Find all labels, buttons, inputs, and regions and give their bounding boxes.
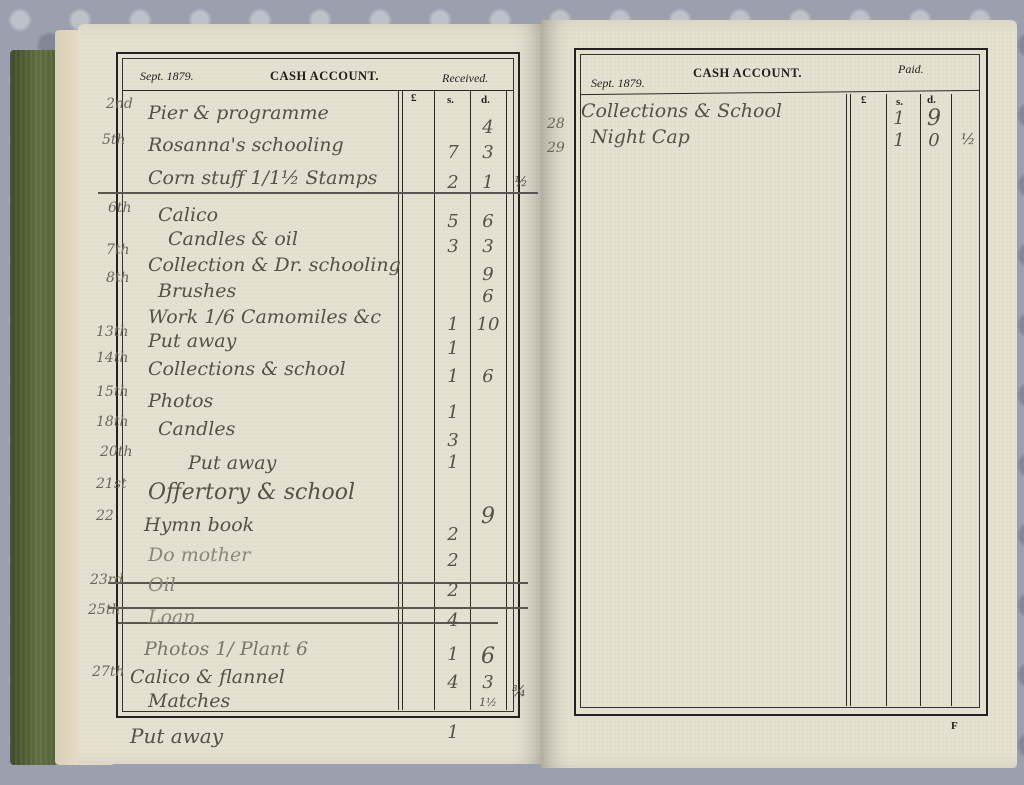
left-header-side: Received. <box>442 71 488 86</box>
entry-pence: 4 <box>475 117 501 138</box>
entry-description: Brushes <box>158 280 236 302</box>
entry-date: 2nd <box>106 96 133 112</box>
left-col-line <box>402 90 403 710</box>
entry-date: 13th <box>96 324 128 340</box>
entry-pence: 3 <box>475 672 501 693</box>
entry-date: 21st <box>96 476 127 492</box>
entry-shillings: 1 <box>440 338 466 359</box>
left-col-line <box>506 90 507 710</box>
entry-pence: 0 <box>921 130 947 151</box>
page-signature-mark: F <box>951 720 958 732</box>
entry-date: 23rd <box>90 572 123 588</box>
left-header-date: Sept. 1879. <box>140 69 194 84</box>
entry-description: Collection & Dr. schooling <box>148 254 401 276</box>
entry-description: Put away <box>188 452 276 474</box>
entry-description: Calico & flannel <box>130 666 285 688</box>
col-shillings: s. <box>896 96 903 108</box>
entry-shillings: 3 <box>440 236 466 257</box>
entry-description: Oil <box>148 574 176 596</box>
entry-shillings: 1 <box>440 314 466 335</box>
entry-date: 18th <box>96 414 128 430</box>
entry-description: Photos <box>148 390 213 412</box>
right-header-title: CASH ACCOUNT. <box>693 66 802 81</box>
col-pounds: £ <box>411 92 417 104</box>
entry-shillings: 4 <box>440 672 466 693</box>
entry-pence: 10 <box>475 314 501 335</box>
entry-fraction: ½ <box>508 174 534 190</box>
entry-shillings: 1 <box>440 366 466 387</box>
entry-pence: 9 <box>475 504 501 529</box>
right-col-line <box>850 94 851 706</box>
right-col-line <box>846 94 847 706</box>
entry-description: Photos 1/ Plant 6 <box>144 638 308 660</box>
entry-description: Calico <box>158 204 218 226</box>
entry-description: Collections & School <box>581 100 782 122</box>
entry-fraction: ½ <box>955 130 981 148</box>
section-rule <box>98 192 538 194</box>
entry-date: 28 <box>547 116 565 132</box>
left-header-title: CASH ACCOUNT. <box>270 69 379 84</box>
entry-date: 22 <box>96 508 114 524</box>
right-header-side: Paid. <box>898 62 924 77</box>
entry-pence: 6 <box>475 644 501 669</box>
entry-description: Collections & school <box>148 358 346 380</box>
entry-shillings: 1 <box>440 402 466 423</box>
entry-pence: 6 <box>475 211 501 232</box>
entry-description: Pier & programme <box>148 102 329 124</box>
entry-description: Loan <box>148 606 196 628</box>
right-col-line <box>920 94 921 706</box>
entry-pence: 9 <box>475 264 501 285</box>
entry-description: Matches <box>148 690 230 712</box>
entry-shillings: 3 <box>440 430 466 451</box>
entry-shillings: 1 <box>886 108 912 129</box>
right-page: Sept. 1879. CASH ACCOUNT. Paid. £ s. d. … <box>541 20 1017 768</box>
entry-description: Do mother <box>148 544 250 566</box>
entry-date: 27th <box>92 664 124 680</box>
footer-shillings: 1 <box>440 722 466 743</box>
entry-description: Candles <box>158 418 235 440</box>
entry-pence: 1½ <box>475 696 501 709</box>
entry-date: 5th <box>102 132 126 148</box>
col-pence: d. <box>481 94 490 106</box>
entry-date: 7th <box>106 242 130 258</box>
entry-date: 6th <box>108 200 132 216</box>
left-col-line <box>398 90 399 710</box>
entry-shillings: 1 <box>440 644 466 665</box>
left-page: Sept. 1879. CASH ACCOUNT. Received. £ s.… <box>78 24 544 764</box>
col-pence: d. <box>927 94 936 106</box>
right-col-line <box>886 94 887 706</box>
footer-description: Put away <box>130 724 223 748</box>
col-shillings: s. <box>447 94 454 106</box>
entry-shillings: 7 <box>440 142 466 163</box>
entry-date: 25th <box>88 602 120 618</box>
right-header-date: Sept. 1879. <box>591 76 645 91</box>
entry-pence: 6 <box>475 286 501 307</box>
right-col-line <box>951 94 952 706</box>
entry-shillings: 2 <box>440 524 466 545</box>
entry-description: Candles & oil <box>168 228 298 250</box>
entry-shillings: 4 <box>440 610 466 631</box>
entry-shillings: 2 <box>440 172 466 193</box>
entry-date: 29 <box>547 140 565 156</box>
left-col-line <box>434 90 435 710</box>
entry-date: 20th <box>100 444 132 460</box>
entry-date: 14th <box>96 350 128 366</box>
entry-description: Corn stuff 1/1½ Stamps <box>148 167 377 189</box>
entry-fraction: ¾ <box>506 682 532 700</box>
entry-shillings: 1 <box>886 130 912 151</box>
left-header-rule <box>122 90 514 91</box>
entry-description: Night Cap <box>591 126 690 148</box>
col-pounds: £ <box>861 94 867 106</box>
entry-shillings: 1 <box>440 452 466 473</box>
left-col-line <box>470 90 471 710</box>
entry-pence: 3 <box>475 236 501 257</box>
entry-shillings: 2 <box>440 580 466 601</box>
entry-shillings: 5 <box>440 211 466 232</box>
entry-description: Offertory & school <box>148 480 355 505</box>
entry-shillings: 2 <box>440 550 466 571</box>
entry-description: Hymn book <box>144 514 254 536</box>
entry-pence: 1 <box>475 172 501 193</box>
entry-description: Put away <box>148 330 236 352</box>
entry-description: Work 1/6 Camomiles &c <box>148 306 381 328</box>
entry-date: 15th <box>96 384 128 400</box>
entry-description: Rosanna's schooling <box>148 134 344 156</box>
entry-pence: 3 <box>475 142 501 163</box>
entry-date: 8th <box>106 270 130 286</box>
entry-pence: 6 <box>475 366 501 387</box>
entry-pence: 9 <box>921 106 947 131</box>
